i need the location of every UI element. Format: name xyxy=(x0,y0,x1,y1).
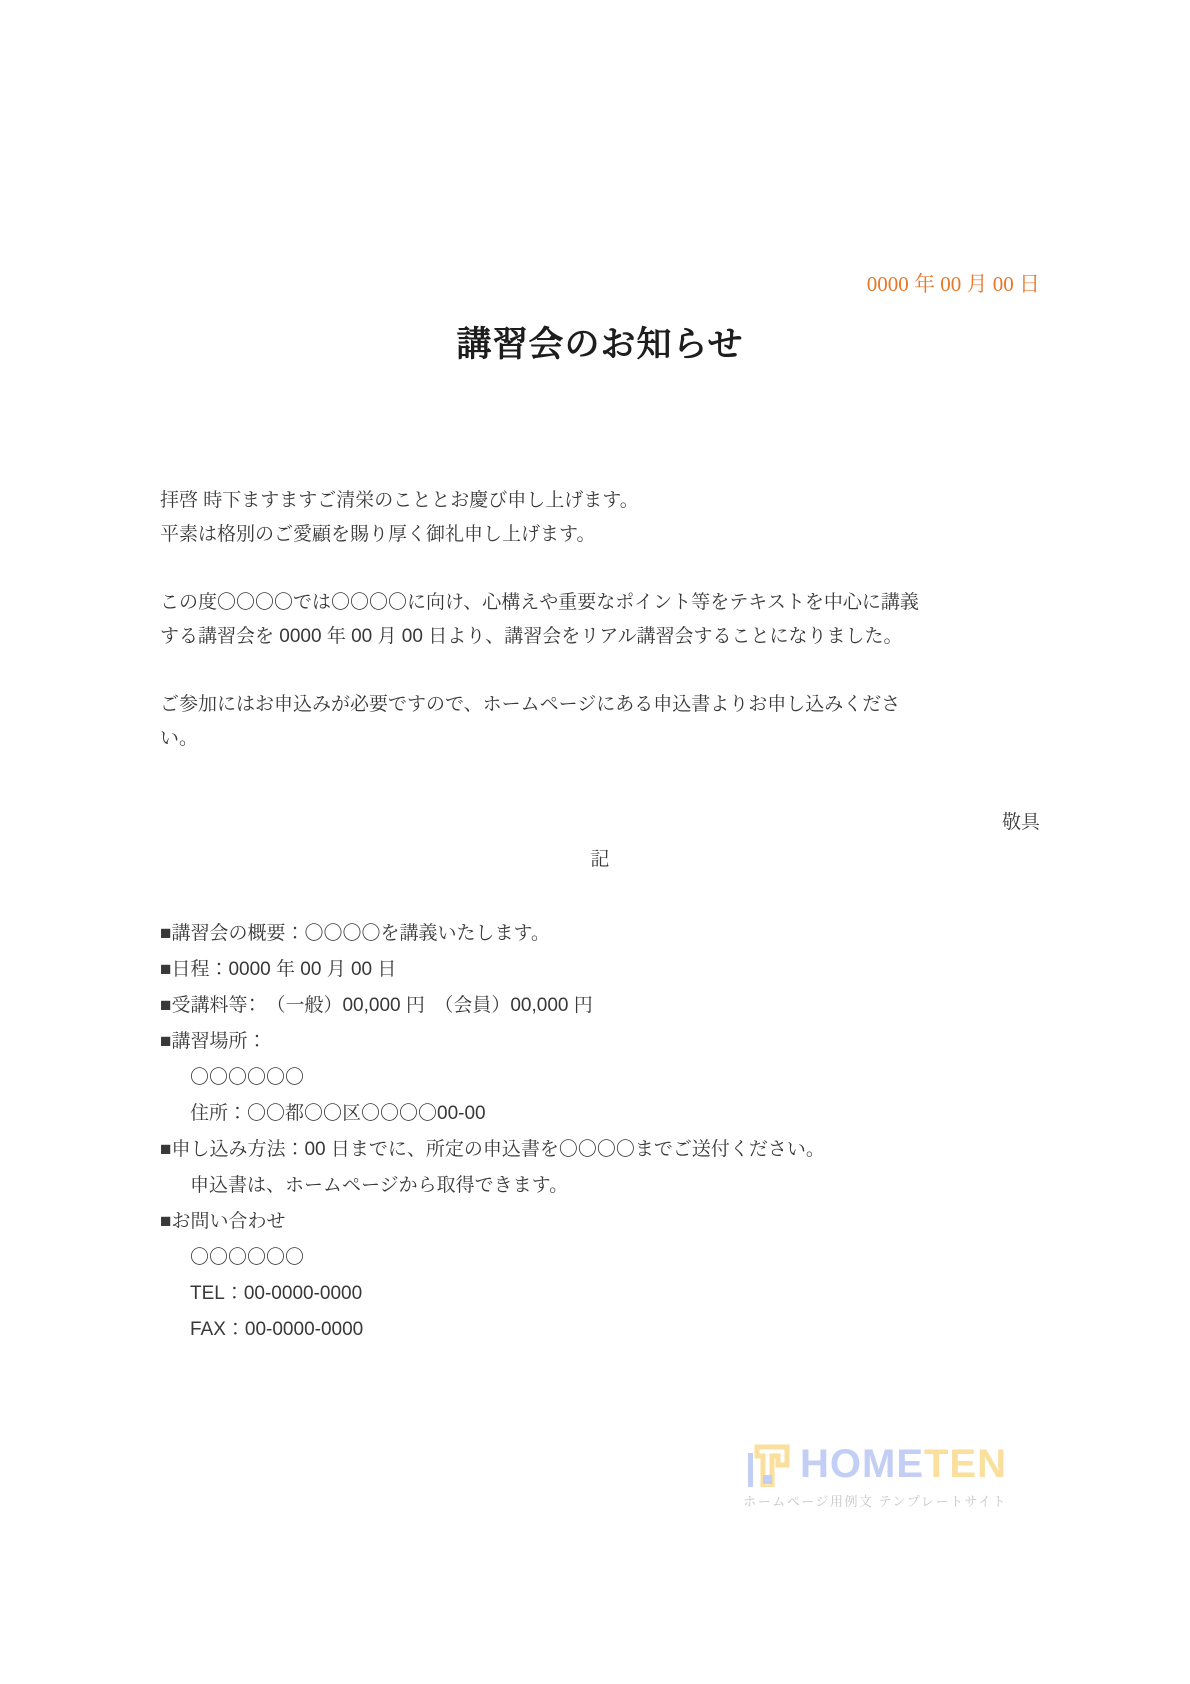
hometen-logo-row: HOMETEN xyxy=(743,1441,1007,1487)
hometen-logo: HOMETEN ホームページ用例文 テンプレートサイト xyxy=(743,1441,1007,1510)
detail-line-venue-address: 住所：〇〇都〇〇区〇〇〇〇00-00 xyxy=(160,1096,1040,1132)
closing-word: 敬具 xyxy=(160,806,1040,840)
detail-line-venue-label: ■講習場所： xyxy=(160,1024,1040,1060)
issue-date: 0000 年 00 月 00 日 xyxy=(160,270,1040,298)
detail-line-application: ■申し込み方法：00 日までに、所定の申込書を〇〇〇〇までご送付ください。 xyxy=(160,1132,1040,1168)
logo-home-text: HOME xyxy=(800,1442,924,1486)
body-paragraph-1: この度〇〇〇〇では〇〇〇〇に向け、心構えや重要なポイント等をテキストを中心に講義… xyxy=(160,586,1040,654)
logo-ten-text: TEN xyxy=(924,1442,1007,1486)
detail-line-contact-name: 〇〇〇〇〇〇 xyxy=(160,1240,1040,1276)
page-title: 講習会のお知らせ xyxy=(160,324,1040,366)
detail-line-contact-tel: TEL：00-0000-0000 xyxy=(160,1276,1040,1312)
greeting-paragraph: 拝啓 時下ますますご清栄のこととお慶び申し上げます。 平素は格別のご愛顧を賜り厚… xyxy=(160,484,1040,552)
hometen-logo-icon xyxy=(746,1441,792,1487)
document-content: 0000 年 00 月 00 日 講習会のお知らせ 拝啓 時下ますますご清栄のこ… xyxy=(0,0,1190,1348)
hometen-logo-text: HOMETEN xyxy=(800,1442,1007,1486)
record-marker: 記 xyxy=(160,843,1040,877)
detail-line-venue-name: 〇〇〇〇〇〇 xyxy=(160,1060,1040,1096)
detail-line-contact-label: ■お問い合わせ xyxy=(160,1204,1040,1240)
detail-list: ■講習会の概要：〇〇〇〇を講義いたします。 ■日程：0000 年 00 月 00… xyxy=(160,916,1040,1348)
body-paragraph-2: ご参加にはお申込みが必要ですので、ホームページにある申込書よりお申し込みくださ … xyxy=(160,688,1040,756)
detail-line-application-note: 申込書は、ホームページから取得できます。 xyxy=(160,1168,1040,1204)
detail-line-overview: ■講習会の概要：〇〇〇〇を講義いたします。 xyxy=(160,916,1040,952)
hometen-logo-tagline: ホームページ用例文 テンプレートサイト xyxy=(743,1491,1007,1510)
detail-line-fee: ■受講料等： （一般）00,000 円 （会員）00,000 円 xyxy=(160,988,1040,1024)
detail-line-contact-fax: FAX：00-0000-0000 xyxy=(160,1312,1040,1348)
detail-line-schedule: ■日程：0000 年 00 月 00 日 xyxy=(160,952,1040,988)
notice-document-page: 0000 年 00 月 00 日 講習会のお知らせ 拝啓 時下ますますご清栄のこ… xyxy=(0,0,1190,1684)
